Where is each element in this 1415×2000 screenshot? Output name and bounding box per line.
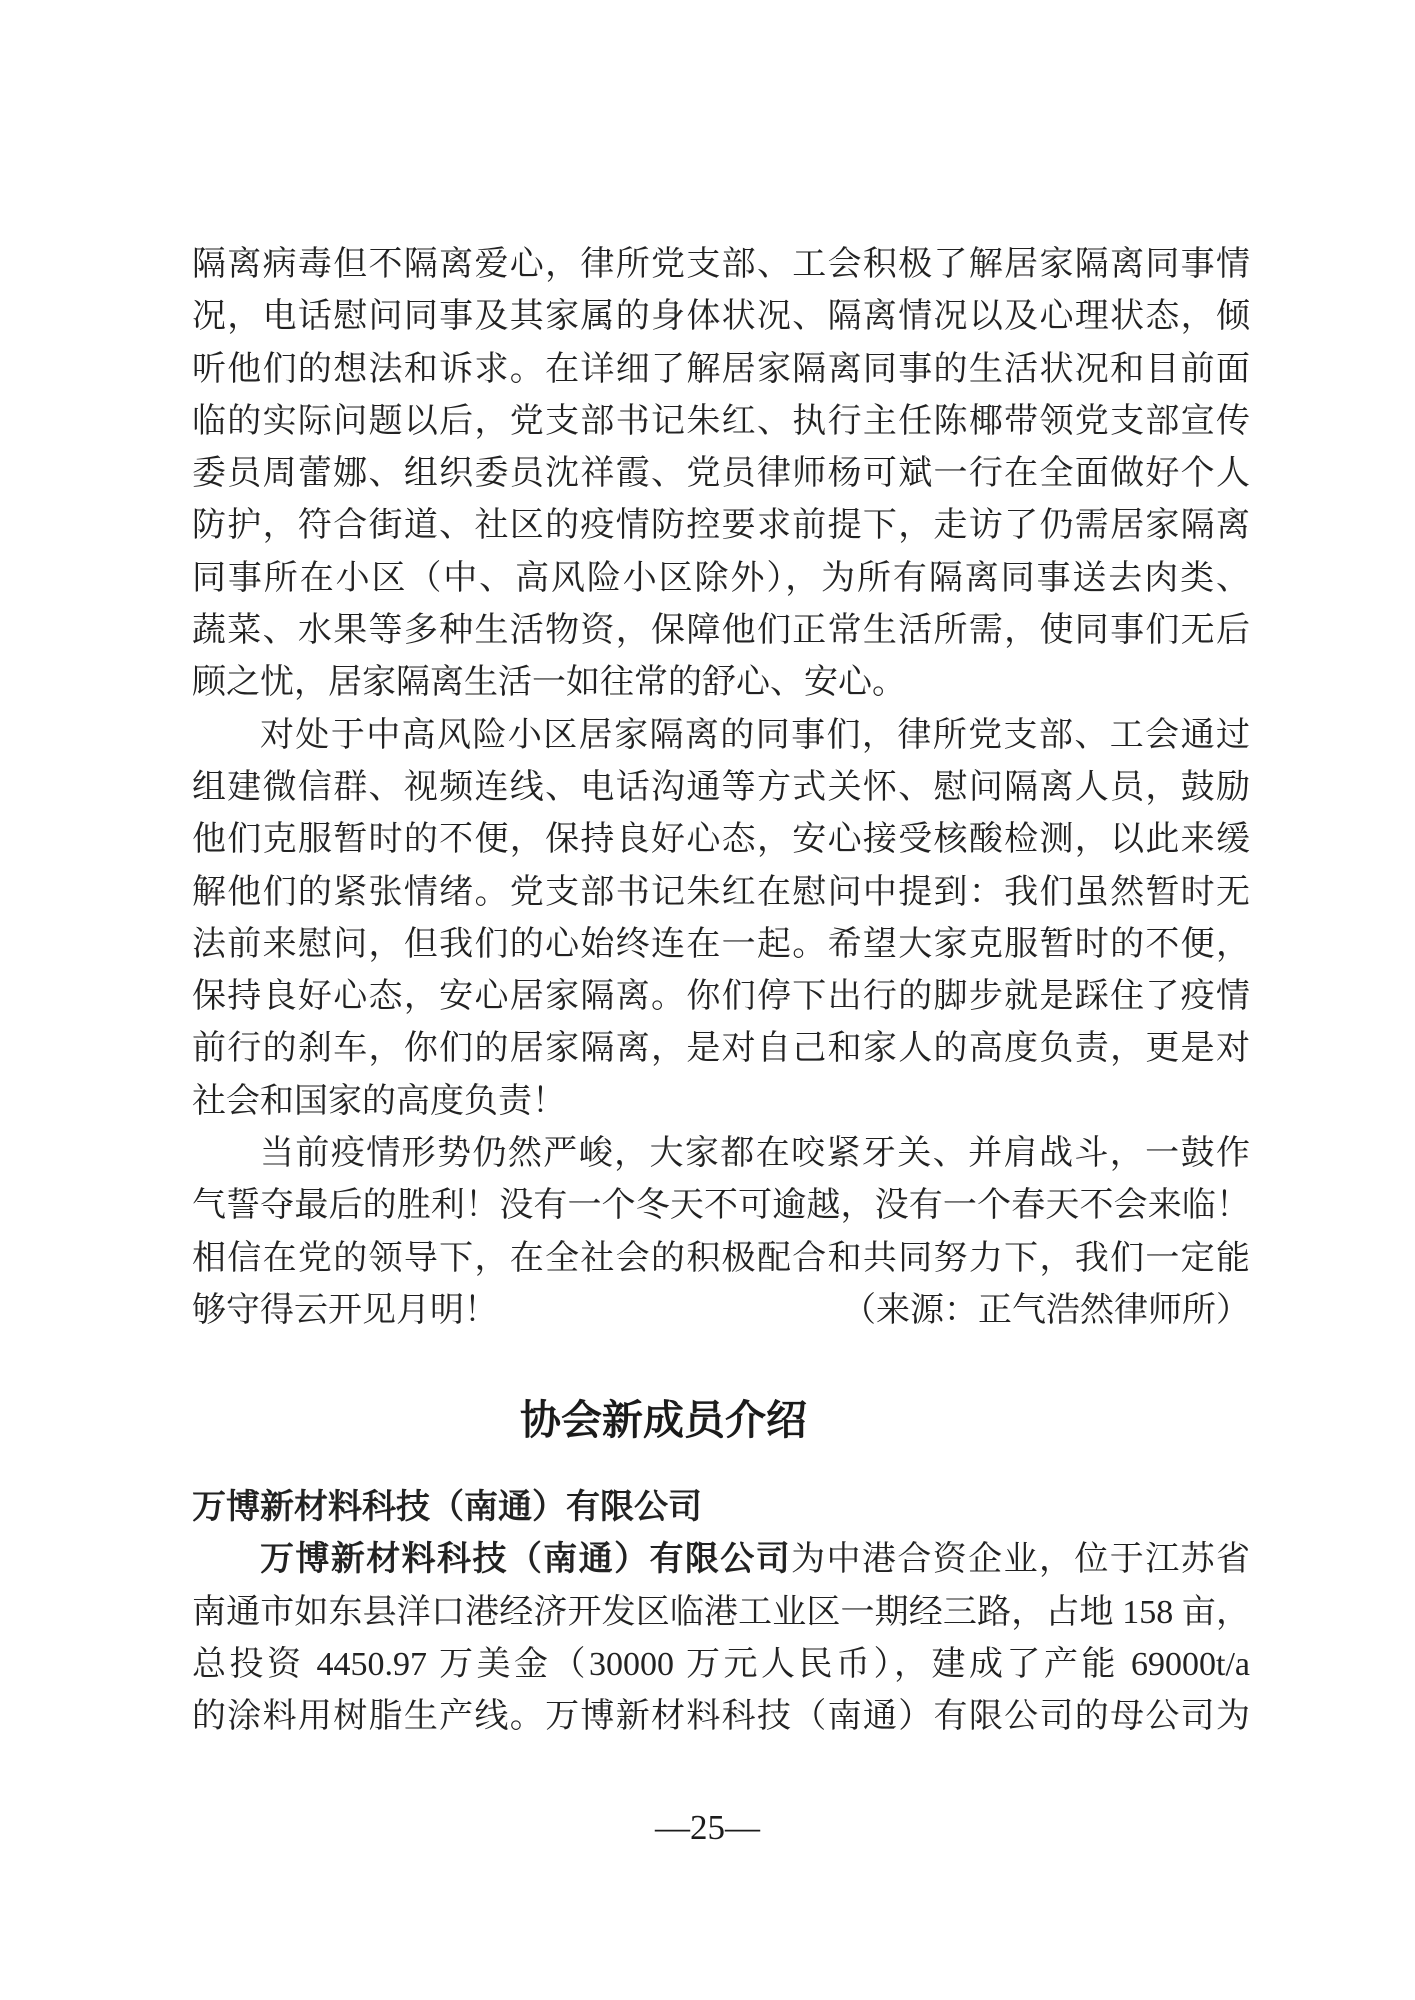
text-line: 顾之忧，居家隔离生活一如往常的舒心、安心。 [192,657,1250,709]
text-line: 解他们的紧张情绪。党支部书记朱红在慰问中提到：我们虽然暂时无 [192,867,1250,919]
text-line-with-source: 够守得云开见月明！（来源：正气浩然律师所） [192,1285,1250,1337]
text-line: 社会和国家的高度负责！ [192,1076,1250,1128]
text-line: 防护，符合街道、社区的疫情防控要求前提下，走访了仍需居家隔离 [192,500,1250,552]
text-line: 南通市如东县洋口港经济开发区临港工业区一期经三路，占地 158 亩， [192,1587,1250,1639]
section-heading-text: 协会新成员介绍 [520,1397,807,1443]
article-body: 隔离病毒但不隔离爱心，律所党支部、工会积极了解居家隔离同事情况，电话慰问同事及其… [192,239,1250,1337]
document-page: 隔离病毒但不隔离爱心，律所党支部、工会积极了解居家隔离同事情况，电话慰问同事及其… [0,0,1415,2000]
text-line: 法前来慰问，但我们的心始终连在一起。希望大家克服暂时的不便， [192,919,1250,971]
text-line: 委员周蕾娜、组织委员沈祥霞、党员律师杨可斌一行在全面做好个人 [192,448,1250,500]
text-line: 组建微信群、视频连线、电话沟通等方式关怀、慰问隔离人员，鼓励 [192,762,1250,814]
line-text: 为中港合资企业，位于江苏省 [791,1541,1250,1578]
text-line: 气誓夺最后的胜利！没有一个冬天不可逾越，没有一个春天不会来临！ [192,1180,1250,1232]
company-name-bold: 万博新材料科技（南通）有限公司 [260,1541,791,1578]
text-line: 隔离病毒但不隔离爱心，律所党支部、工会积极了解居家隔离同事情 [192,239,1250,291]
text-line: 的涂料用树脂生产线。万博新材料科技（南通）有限公司的母公司为 [192,1691,1250,1743]
line-text: 够守得云开见月明！ [192,1285,498,1337]
section-heading: 协会新成员介绍 [0,1392,1415,1448]
text-line: 蔬菜、水果等多种生活物资，保障他们正常生活所需，使同事们无后 [192,605,1250,657]
text-line: 对处于中高风险小区居家隔离的同事们，律所党支部、工会通过 [192,710,1250,762]
page-number: —25— [0,1806,1415,1850]
source-attribution: （来源：正气浩然律师所） [842,1285,1250,1337]
text-line: 前行的刹车，你们的居家隔离，是对自己和家人的高度负责，更是对 [192,1023,1250,1075]
text-line: 保持良好心态，安心居家隔离。你们停下出行的脚步就是踩住了疫情 [192,971,1250,1023]
text-line: 况，电话慰问同事及其家属的身体状况、隔离情况以及心理状态，倾 [192,291,1250,343]
text-line: 万博新材料科技（南通）有限公司为中港合资企业，位于江苏省 [192,1534,1250,1586]
text-line: 相信在党的领导下，在全社会的积极配合和共同努力下，我们一定能 [192,1233,1250,1285]
text-line: 总投资 4450.97 万美金（30000 万元人民币），建成了产能 69000… [192,1639,1250,1691]
company-name-heading: 万博新材料科技（南通）有限公司 [192,1482,1250,1534]
text-line: 当前疫情形势仍然严峻，大家都在咬紧牙关、并肩战斗，一鼓作 [192,1128,1250,1180]
text-line: 他们克服暂时的不便，保持良好心态，安心接受核酸检测，以此来缓 [192,814,1250,866]
text-line: 同事所在小区（中、高风险小区除外），为所有隔离同事送去肉类、 [192,553,1250,605]
text-line: 听他们的想法和诉求。在详细了解居家隔离同事的生活状况和目前面 [192,344,1250,396]
company-intro-section: 万博新材料科技（南通）有限公司 万博新材料科技（南通）有限公司为中港合资企业，位… [192,1482,1250,1743]
text-line: 临的实际问题以后，党支部书记朱红、执行主任陈椰带领党支部宣传 [192,396,1250,448]
